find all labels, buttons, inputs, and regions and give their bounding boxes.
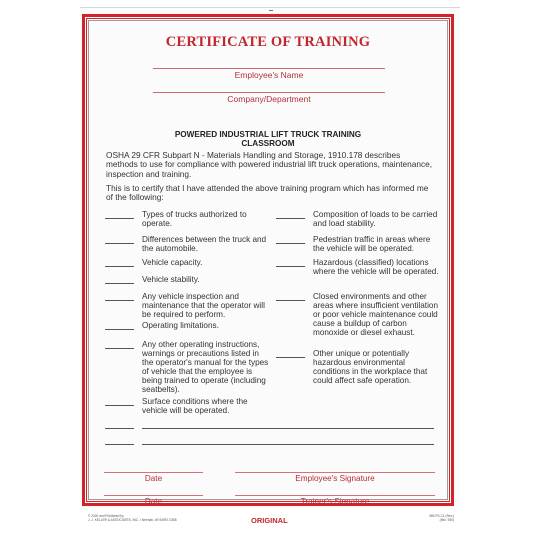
form-number-line2: (Min. 930)	[418, 519, 454, 523]
checklist-item-text: Other unique or potentially hazardous en…	[313, 350, 441, 386]
checklist-item-text: Surface conditions where the vehicle wil…	[142, 398, 270, 416]
checklist-item-text: Closed environments and other areas wher…	[313, 293, 441, 338]
checkmark-blank[interactable]	[105, 266, 134, 267]
top-mark	[269, 10, 273, 11]
checklist-item-text: Any other operating instructions, warnin…	[142, 341, 270, 394]
company-label: Company/Department	[153, 94, 385, 104]
checklist-item-text: Operating limitations.	[142, 322, 270, 331]
checklist-item-text: Any vehicle inspection and maintenance t…	[142, 293, 270, 320]
checkmark-blank[interactable]	[276, 300, 305, 301]
checkmark-blank[interactable]	[105, 348, 134, 349]
checkmark-blank[interactable]	[105, 283, 134, 284]
checklist-item-text: Pedestrian traffic in areas where the ve…	[313, 236, 441, 254]
checkmark-blank[interactable]	[105, 300, 134, 301]
checklist-item-text: Differences between the truck and the au…	[142, 236, 270, 254]
publisher-info: © 2020 and Published by J. J. KELLER & A…	[88, 515, 177, 522]
additional-line-2[interactable]	[142, 444, 434, 445]
trainer-signature-line[interactable]	[235, 495, 435, 496]
checkmark-blank[interactable]	[276, 357, 305, 358]
checklist-item-text: Vehicle capacity.	[142, 259, 270, 268]
certificate-title: CERTIFICATE OF TRAINING	[82, 34, 454, 51]
publisher-line2: J. J. KELLER & ASSOCIATES, INC. • Neenah…	[88, 519, 177, 523]
original-stamp: ORIGINAL	[251, 516, 288, 525]
intro-paragraph: OSHA 29 CFR Subpart N - Materials Handli…	[106, 151, 434, 179]
employee-signature-line[interactable]	[235, 472, 435, 473]
form-number: 369-FS-C1 (Rev.) (Min. 930)	[418, 515, 454, 522]
checkmark-blank[interactable]	[105, 329, 134, 330]
trainer-signature-label: Trainer's Signature	[235, 497, 435, 506]
additional-blank-short-2[interactable]	[105, 444, 134, 445]
date-line-1[interactable]	[104, 472, 203, 473]
training-heading-line1: POWERED INDUSTRIAL LIFT TRUCK TRAINING	[82, 130, 454, 139]
checkmark-blank[interactable]	[105, 218, 134, 219]
checklist-item-text: Composition of loads to be carried and l…	[313, 211, 441, 229]
company-line[interactable]	[153, 92, 385, 93]
checkmark-blank[interactable]	[276, 243, 305, 244]
checkmark-blank[interactable]	[105, 405, 134, 406]
employee-name-label: Employee's Name	[153, 70, 385, 80]
checkmark-blank[interactable]	[105, 243, 134, 244]
checkmark-blank[interactable]	[276, 266, 305, 267]
checkmark-blank[interactable]	[276, 218, 305, 219]
employee-signature-label: Employee's Signature	[235, 474, 435, 483]
date-label-1: Date	[104, 474, 203, 483]
date-label-2: Date	[104, 497, 203, 506]
date-line-2[interactable]	[104, 495, 203, 496]
training-heading: POWERED INDUSTRIAL LIFT TRUCK TRAINING C…	[82, 130, 454, 148]
additional-blank-short-1[interactable]	[105, 428, 134, 429]
checklist-item-text: Vehicle stability.	[142, 276, 270, 285]
checklist-item-text: Hazardous (classified) locations where t…	[313, 259, 441, 277]
certify-paragraph: This is to certify that I have attended …	[106, 184, 434, 203]
additional-line-1[interactable]	[142, 428, 434, 429]
checklist-item-text: Types of trucks authorized to operate.	[142, 211, 270, 229]
training-heading-line2: CLASSROOM	[82, 139, 454, 148]
employee-name-line[interactable]	[153, 68, 385, 69]
